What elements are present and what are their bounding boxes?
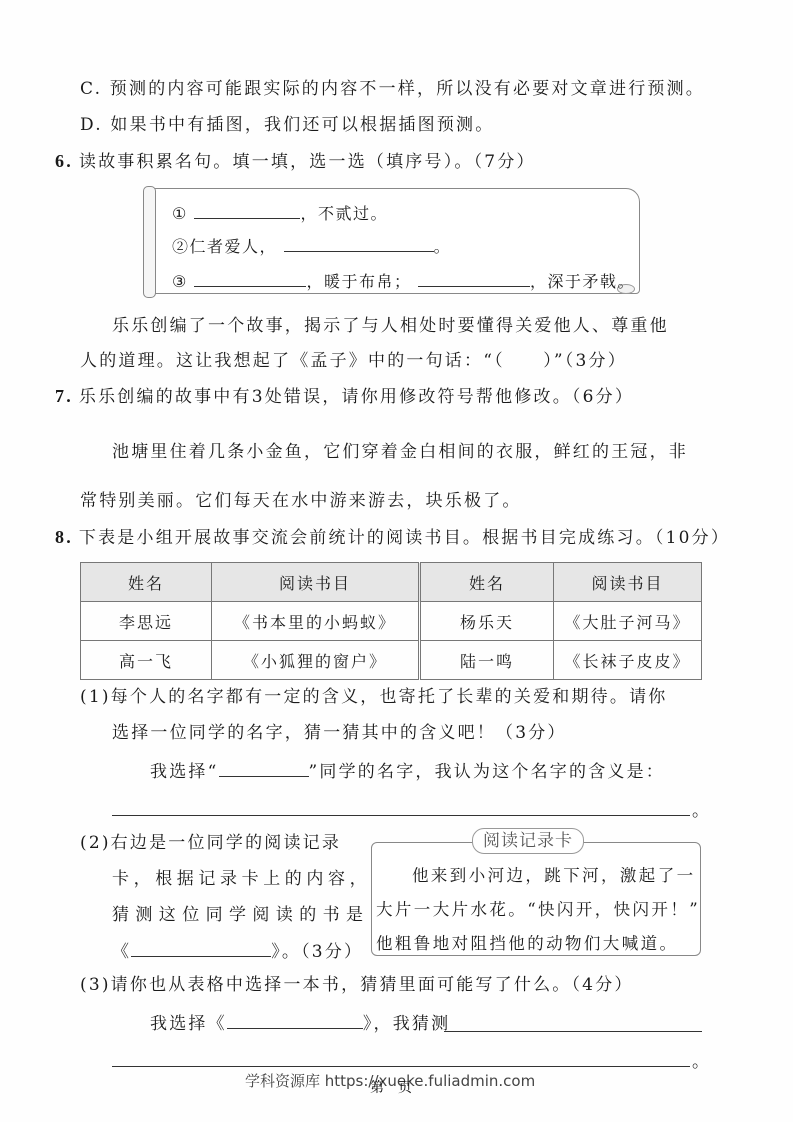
cell-book: 《小狐狸的窗户》 [212, 641, 420, 680]
q8-sub1-line2: 选择一位同学的名字，猜一猜其中的含义吧！（3分） [112, 722, 567, 744]
quote-1-text: ，不贰过。 [300, 204, 388, 223]
q6-heading: 6.读故事积累名句。填一填，选一选（填序号）。（7分） [55, 150, 536, 173]
answer-close: 》。（3分） [271, 942, 363, 962]
cell-book: 《长袜子皮皮》 [554, 641, 702, 680]
q8-prompt: 下表是小组开展故事交流会前统计的阅读书目。根据书目完成练习。（10分） [79, 528, 730, 548]
reading-list-table: 姓名 阅读书目 姓名 阅读书目 李思远 《书本里的小蚂蚁》 杨乐天 《大肚子河马… [80, 562, 702, 680]
cell-name: 陆一鸣 [420, 641, 554, 680]
quote-2-blank[interactable] [284, 235, 434, 252]
table-row: 高一飞 《小狐狸的窗户》 陆一鸣 《长袜子皮皮》 [81, 641, 702, 680]
col-header-name: 姓名 [81, 563, 212, 602]
card-line1: 他来到小河边，跳下河，激起了一 [412, 862, 696, 886]
q8-heading: 8.下表是小组开展故事交流会前统计的阅读书目。根据书目完成练习。（10分） [55, 526, 730, 549]
item-marker: ③ [172, 272, 188, 291]
answer-mid: 》，我猜测 [363, 1014, 451, 1034]
q8-sub2-line3: 猜测这位同学阅读的书是 [112, 904, 369, 926]
q6-story-line2: 人的道理。这让我想起了《孟子》中的一句话：“（ ）”（3分） [80, 350, 627, 372]
q8-sub2-line1: (2)右边是一位同学的阅读记录 [80, 832, 341, 854]
answer-prefix: 我选择“ [150, 762, 219, 782]
q7-passage-line2: 常特别美丽。它们每天在水中游来游去，块乐极了。 [80, 490, 522, 512]
guess-answer-line-2[interactable] [112, 1066, 690, 1067]
quote-3-mid: ，暖于布帛； [306, 272, 411, 291]
card-line2: 大片一大片水花。“快闪开，快闪开！” [376, 896, 700, 920]
quote-item-3: ③ ，暖于布帛； ，深于矛戟。 [172, 269, 635, 292]
q5-option-c: C. 预测的内容可能跟实际的内容不一样，所以没有必要对文章进行预测。 [80, 78, 705, 100]
col-header-book: 阅读书目 [212, 563, 420, 602]
quote-3-end: ，深于矛戟。 [530, 272, 635, 291]
q7-heading: 7.乐乐创编的故事中有3处错误，请你用修改符号帮他修改。（6分） [55, 385, 634, 408]
cell-book: 《大肚子河马》 [554, 602, 702, 641]
q6-number: 6. [55, 151, 73, 171]
item-marker: ② [172, 237, 190, 256]
q8-sub3-answer-row: 我选择《》，我猜测 [150, 1012, 450, 1035]
chosen-book-blank[interactable] [227, 1012, 363, 1029]
card-title: 阅读记录卡 [472, 828, 584, 854]
cell-name: 李思远 [81, 602, 212, 641]
q7-prompt: 乐乐创编的故事中有3处错误，请你用修改符号帮他修改。（6分） [79, 387, 634, 407]
quote-2-text: 仁者爱人， [190, 237, 278, 256]
q8-sub2-line2: 卡，根据记录卡上的内容，我 [112, 868, 393, 890]
q8-sub1-line1: (1)每个人的名字都有一定的含义，也寄托了长辈的关爱和期待。请你 [80, 686, 667, 708]
q8-sub2-answer-row: 《》。（3分） [112, 940, 363, 963]
quote-1-blank[interactable] [194, 202, 300, 219]
q8-sub3-line1: (3)请你也从表格中选择一本书，猜猜里面可能写了什么。（4分） [80, 974, 634, 996]
item-marker: ① [172, 204, 188, 223]
cell-name: 高一飞 [81, 641, 212, 680]
answer-suffix: ”同学的名字，我认为这个名字的含义是： [309, 762, 666, 782]
quote-2-end: 。 [434, 237, 452, 256]
quote-3a-blank[interactable] [194, 270, 306, 287]
end-mark: 。 [692, 1051, 711, 1073]
q6-story-line1: 乐乐创编了一个故事，揭示了与人相处时要懂得关爱他人、尊重他 [112, 315, 669, 337]
q8-sub1-answer-row: 我选择“”同学的名字，我认为这个名字的含义是： [150, 760, 665, 783]
cell-name: 杨乐天 [420, 602, 554, 641]
card-line3: 他粗鲁地对阻挡他的动物们大喊道。 [376, 930, 678, 954]
answer-open: 《 [112, 942, 131, 962]
table-header-row: 姓名 阅读书目 姓名 阅读书目 [81, 563, 702, 602]
page-label: 第页 [370, 1077, 426, 1097]
table-row: 李思远 《书本里的小蚂蚁》 杨乐天 《大肚子河马》 [81, 602, 702, 641]
q6-prompt: 读故事积累名句。填一填，选一选（填序号）。（7分） [79, 152, 536, 172]
col-header-name: 姓名 [420, 563, 554, 602]
book-title-blank[interactable] [131, 940, 271, 957]
chosen-name-blank[interactable] [219, 760, 309, 777]
quote-3b-blank[interactable] [418, 270, 530, 287]
col-header-book: 阅读书目 [554, 563, 702, 602]
q8-number: 8. [55, 527, 73, 547]
guess-answer-line-1[interactable] [444, 1031, 702, 1032]
cell-book: 《书本里的小蚂蚁》 [212, 602, 420, 641]
q5-option-d: D. 如果书中有插图，我们还可以根据插图预测。 [80, 114, 494, 136]
quote-item-1: ① ，不贰过。 [172, 201, 388, 224]
scroll-rod-decoration [143, 186, 156, 298]
quote-item-2: ②仁者爱人， 。 [172, 234, 451, 257]
answer-prefix: 我选择《 [150, 1014, 227, 1034]
meaning-answer-line[interactable] [112, 815, 690, 816]
end-mark: 。 [692, 800, 711, 822]
q7-number: 7. [55, 386, 73, 406]
q7-passage-line1: 池塘里住着几条小金鱼，它们穿着金白相间的衣服，鲜红的王冠，非 [112, 441, 688, 463]
